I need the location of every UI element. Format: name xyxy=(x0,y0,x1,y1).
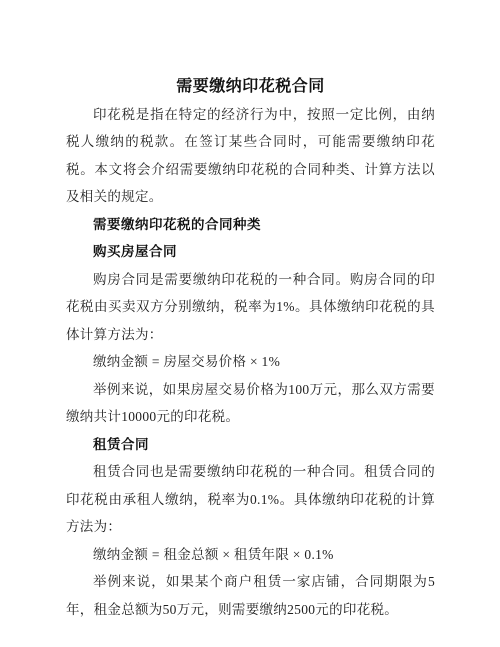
house-purchase-formula: 缴纳金额 = 房屋交易价格 × 1% xyxy=(66,348,435,376)
intro-paragraph: 印花税是指在特定的经济行为中，按照一定比例，由纳税人缴纳的税款。在签订某些合同时… xyxy=(66,101,435,211)
document-title: 需要缴纳印花税合同 xyxy=(66,73,435,101)
section-heading-house-purchase-contract: 购买房屋合同 xyxy=(66,238,435,266)
document-page: 需要缴纳印花税合同 印花税是指在特定的经济行为中，按照一定比例，由纳税人缴纳的税… xyxy=(0,0,500,647)
house-purchase-paragraph: 购房合同是需要缴纳印花税的一种合同。购房合同的印花税由买卖双方分别缴纳，税率为1… xyxy=(66,266,435,349)
section-heading-lease-contract: 租赁合同 xyxy=(66,431,435,459)
house-purchase-example-paragraph: 举例来说，如果房屋交易价格为100万元，那么双方需要缴纳共计10000元的印花税… xyxy=(66,376,435,431)
lease-example-paragraph: 举例来说，如果某个商户租赁一家店铺，合同期限为5年，租金总额为50万元，则需要缴… xyxy=(66,568,435,623)
lease-formula: 缴纳金额 = 租金总额 × 租赁年限 × 0.1% xyxy=(66,541,435,569)
section-heading-contract-types: 需要缴纳印花税的合同种类 xyxy=(66,211,435,239)
lease-paragraph: 租赁合同也是需要缴纳印花税的一种合同。租赁合同的印花税由承租人缴纳，税率为0.1… xyxy=(66,458,435,541)
